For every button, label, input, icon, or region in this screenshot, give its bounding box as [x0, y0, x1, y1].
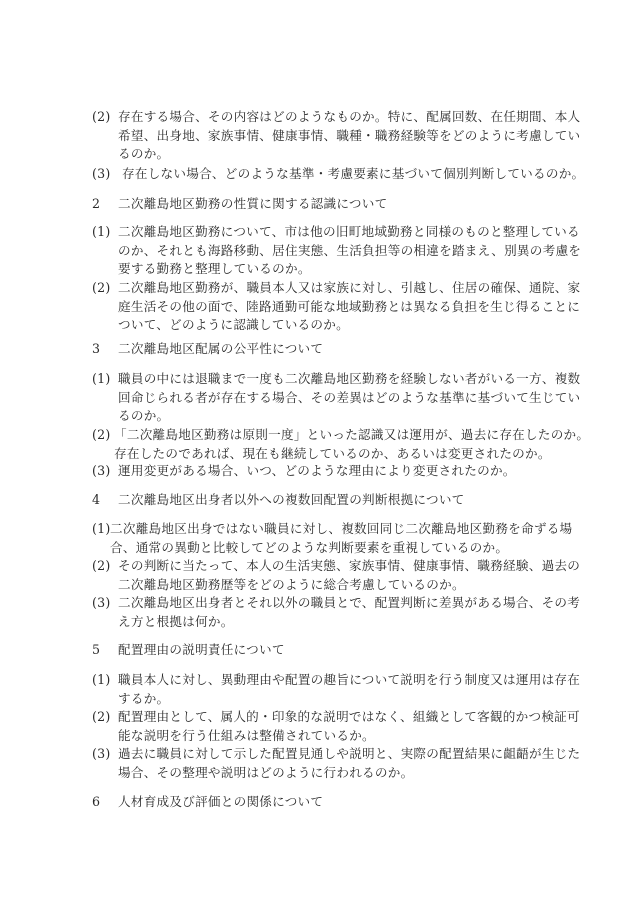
section-title: 二次離島地区出身者以外への複数回配置の判断根拠について — [118, 492, 465, 508]
item-text-line: 回命じられる者が存在する場合、その差異はどのような基準に基づいて生じてい — [118, 390, 580, 406]
item-text-line: 二次離島地区勤務が、職員本人又は家族に対し、引越し、住居の確保、通院、家 — [118, 280, 580, 296]
section-title: 二次離島地区勤務の性質に関する認識について — [118, 196, 387, 212]
item-text-line: るのか。 — [118, 408, 169, 424]
item-number: (3) — [92, 746, 111, 762]
item-text-line: 職員の中には退職まで一度も二次離島地区勤務を経験しない者がいる一方、複数 — [118, 371, 580, 387]
item-number: (3) — [92, 595, 111, 611]
section-number: 6 — [92, 794, 100, 810]
item-text-line: 「二次離島地区勤務は原則一度」といった認識又は運用が、過去に存在したのか。 — [114, 427, 589, 443]
item-number: (3) — [92, 166, 111, 182]
item-number: (1) — [92, 672, 111, 688]
document-page: (2)存在する場合、その内容はどのようなものか。特に、配属回数、在任期間、本人希… — [0, 0, 640, 905]
item-text-line: 存在する場合、その内容はどのようなものか。特に、配属回数、在任期間、本人 — [118, 109, 580, 125]
item-text-line: 存在しない場合、どのような基準・考慮要素に基づいて個別判断しているのか。 — [122, 166, 584, 182]
item-text-line: ついて、どのように認識しているのか。 — [118, 317, 349, 333]
item-text-line: 二次離島地区勤務について、市は他の旧町地域勤務と同様のものと整理している — [118, 224, 580, 240]
section-number: 4 — [92, 492, 100, 508]
item-text-line: 庭生活その他の面で、陸路通勤可能な地域勤務とは異なる負担を生じ得ることに — [118, 299, 580, 315]
item-text-line: 過去に職員に対して示した配置見通しや説明と、実際の配置結果に齟齬が生じた — [118, 746, 580, 762]
item-number: (2) — [92, 109, 111, 125]
item-text-line: 職員本人に対し、異動理由や配置の趣旨について説明を行う制度又は運用は存在 — [118, 672, 580, 688]
item-number: (3) — [92, 463, 111, 479]
section-number: 3 — [92, 341, 100, 357]
section-title: 配置理由の説明責任について — [118, 642, 285, 658]
item-text-line: え方と根拠は何か。 — [118, 614, 234, 630]
item-text-line: 運用変更がある場合、いつ、どのような理由により変更されたのか。 — [118, 463, 516, 479]
section-title: 二次離島地区配属の公平性について — [118, 341, 323, 357]
item-text-line: のか、それとも海路移動、居住実態、生活負担等の相違を踏まえ、別異の考慮を — [118, 243, 581, 259]
item-number: (1) — [92, 521, 111, 537]
item-text-line: 配置理由として、属人的・印象的な説明ではなく、組織として客観的かつ検証可 — [118, 709, 580, 725]
item-text-line: 二次離島地区勤務歴等をどのように総合考慮しているのか。 — [118, 577, 465, 593]
item-number: (1) — [92, 371, 111, 387]
section-number: 5 — [92, 642, 100, 658]
section-number: 2 — [92, 196, 100, 212]
item-text-line: 二次離島地区出身者とそれ以外の職員とで、配置判断に差異がある場合、その考 — [118, 595, 580, 611]
item-text-line: 合、通常の異動と比較してどのような判断要素を重視しているのか。 — [110, 540, 508, 556]
section-title: 人材育成及び評価との関係について — [118, 794, 323, 810]
item-text-line: するか。 — [118, 691, 169, 707]
item-text-line: 存在したのであれば、現在も継続しているのか、あるいは変更されたのか。 — [114, 446, 551, 462]
item-text-line: 要する勤務と整理しているのか。 — [118, 261, 311, 277]
item-text-line: 場合、その整理や説明はどのように行われるのか。 — [118, 765, 413, 781]
item-text-line: その判断に当たって、本人の生活実態、家族事情、健康事情、職務経験、過去の — [118, 558, 580, 574]
item-number: (2) — [92, 427, 111, 443]
item-number: (2) — [92, 558, 111, 574]
item-number: (1) — [92, 224, 111, 240]
item-text-line: るのか。 — [118, 146, 169, 162]
item-number: (2) — [92, 709, 111, 725]
item-number: (2) — [92, 280, 111, 296]
item-text-line: 能な説明を行う仕組みは整備されているか。 — [118, 728, 375, 744]
item-text-line: 希望、出身地、家族事情、健康事情、職種・職務経験等をどのように考慮してい — [118, 128, 580, 144]
item-text-line: 二次離島地区出身ではない職員に対し、複数回同じ二次離島地区勤務を命ずる場 — [110, 521, 572, 537]
